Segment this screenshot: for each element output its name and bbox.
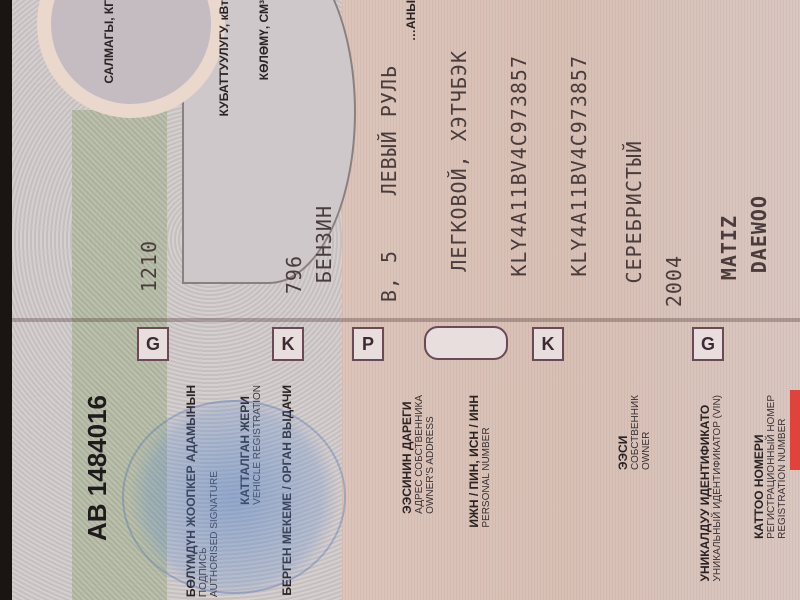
car-icon (424, 326, 508, 360)
band-letter: P (352, 327, 384, 361)
band-letter: K (272, 327, 304, 361)
power-value: 796 (282, 255, 306, 294)
volume-label: КӨЛӨМҮ, СМ³ (257, 0, 271, 80)
vin-label: УНИКАЛДУУ ИДЕНТИФИКАТО УНИКАЛЬНЫЙ ИДЕНТИ… (698, 395, 723, 582)
owner-address-label: ЭЭСИНИН ДАРЕГИ АДРЕС СОБСТВЕННИКА OWNER'… (400, 395, 436, 514)
make-value: DAEWOO (747, 195, 771, 273)
official-stamp (122, 400, 346, 594)
vehicle-registration-certificate: G K P K G КАТТОО НОМЕРИ РЕГИСТРАЦИОННЫЙ … (12, 0, 800, 600)
personal-number-label: ИЖН / ПИН, ИСН / ИНН PERSONAL NUMBER (467, 395, 492, 528)
vin-value: KLY4A11BV4C973857 (507, 55, 531, 277)
model-value: МАТІZ (717, 215, 741, 280)
fold-crease (12, 318, 800, 322)
vehicle-type-value: ЛЕГКОВОЙ, ХЭТЧБЭК (447, 50, 471, 272)
chassis-value: KLY4A11BV4C973857 (567, 55, 591, 277)
year-value: 2004 (662, 255, 686, 307)
band-letter: K (532, 327, 564, 361)
band-letter: G (137, 327, 169, 361)
category-value: В, 5 (377, 250, 401, 302)
fuel-value: БЕНЗИН (312, 205, 336, 283)
document-serial-number: АВ 1484016 (82, 395, 113, 541)
band-letter: G (692, 327, 724, 361)
weight-value: 1210 (137, 240, 161, 292)
red-strip (790, 390, 800, 470)
weight-label: САЛМАГЫ, КГ (102, 0, 116, 84)
power-label: КУБАТТУУЛУГУ, кВт (217, 0, 231, 116)
steering-value: ЛЕВЫЙ РУЛЬ (377, 65, 401, 195)
registration-number-label: КАТТОО НОМЕРИ РЕГИСТРАЦИОННЫЙ НОМЕР REGI… (752, 395, 788, 539)
color-value: СЕРЕБРИСТЫЙ (622, 140, 646, 283)
owner-label: ЭЭСИ СОБСТВЕННИК OWNER (616, 395, 652, 470)
steering-label: …АНЫ (404, 0, 418, 41)
